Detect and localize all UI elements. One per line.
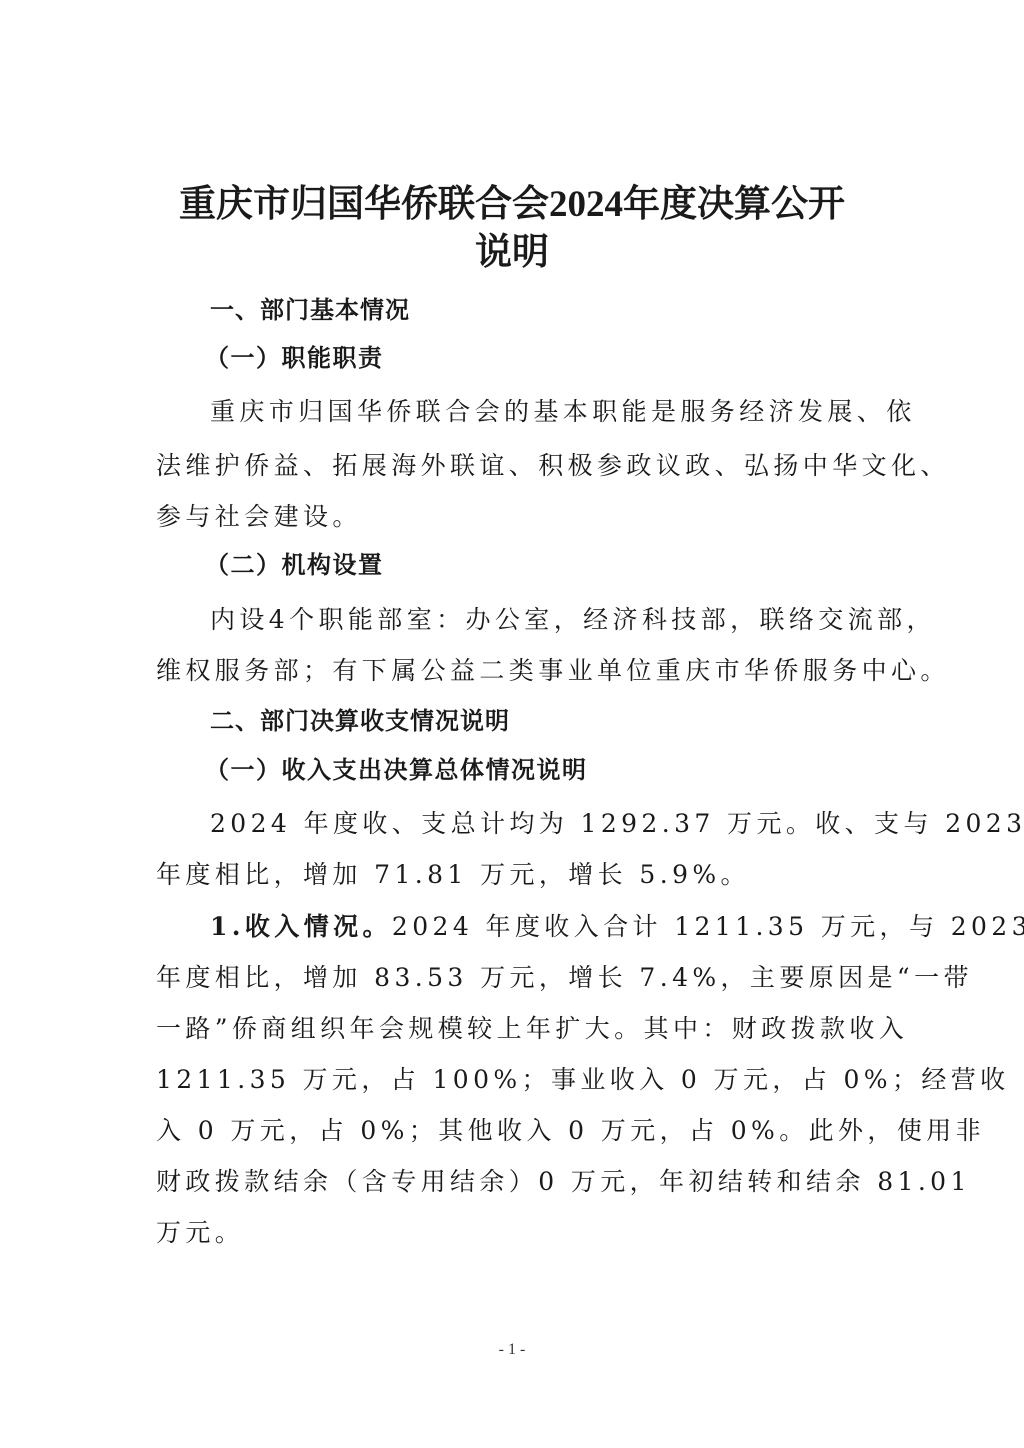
document-title-line-2: 说明	[150, 230, 874, 276]
document-page: 重庆市归国华侨联合会2024年度决算公开 说明 一、部门基本情况 （一）职能职责…	[0, 0, 1024, 1448]
paragraph-line: 参与社会建设。	[156, 500, 362, 534]
document-title-line-1: 重庆市归国华侨联合会2024年度决算公开	[150, 182, 874, 228]
paragraph-line: 年度相比，增加 71.81 万元，增长 5.9%。	[156, 858, 750, 892]
paragraph-line: 入 0 万元，占 0%；其他收入 0 万元，占 0%。此外，使用非	[156, 1114, 985, 1148]
income-label: 1.收入情况。	[210, 912, 392, 941]
paragraph-line: 财政拨款结余（含专用结余）0 万元，年初结转和结余 81.01	[156, 1165, 971, 1199]
page-number: - 1 -	[0, 1340, 1024, 1360]
section-2-heading: 二、部门决算收支情况说明	[210, 704, 510, 738]
income-paragraph-first-line: 1.收入情况。2024 年度收入合计 1211.35 万元，与 2023	[210, 910, 1024, 944]
section-1-sub-2-heading: （二）机构设置	[205, 548, 384, 582]
paragraph-line: 1211.35 万元，占 100%；事业收入 0 万元，占 0%；经营收	[156, 1063, 1010, 1097]
paragraph-line: 万元。	[156, 1216, 244, 1250]
section-2-sub-1-heading: （一）收入支出决算总体情况说明	[205, 753, 588, 787]
paragraph-line: 年度相比，增加 83.53 万元，增长 7.4%，主要原因是“一带	[156, 961, 973, 995]
paragraph-line: 法维护侨益、拓展海外联谊、积极参政议政、弘扬中华文化、	[156, 449, 950, 483]
income-first-line-text: 2024 年度收入合计 1211.35 万元，与 2023	[392, 912, 1024, 941]
paragraph-line: 一路”侨商组织年会规模较上年扩大。其中：财政拨款收入	[156, 1012, 908, 1046]
section-1-sub-1-heading: （一）职能职责	[205, 341, 384, 375]
section-1-heading: 一、部门基本情况	[210, 293, 410, 327]
paragraph-line: 重庆市归国华侨联合会的基本职能是服务经济发展、依	[210, 395, 916, 429]
paragraph-line: 内设4个职能部室：办公室，经济科技部，联络交流部，	[210, 603, 936, 637]
paragraph-line: 维权服务部；有下属公益二类事业单位重庆市华侨服务中心。	[156, 654, 950, 688]
paragraph-line: 2024 年度收、支总计均为 1292.37 万元。收、支与 2023	[210, 807, 1024, 841]
